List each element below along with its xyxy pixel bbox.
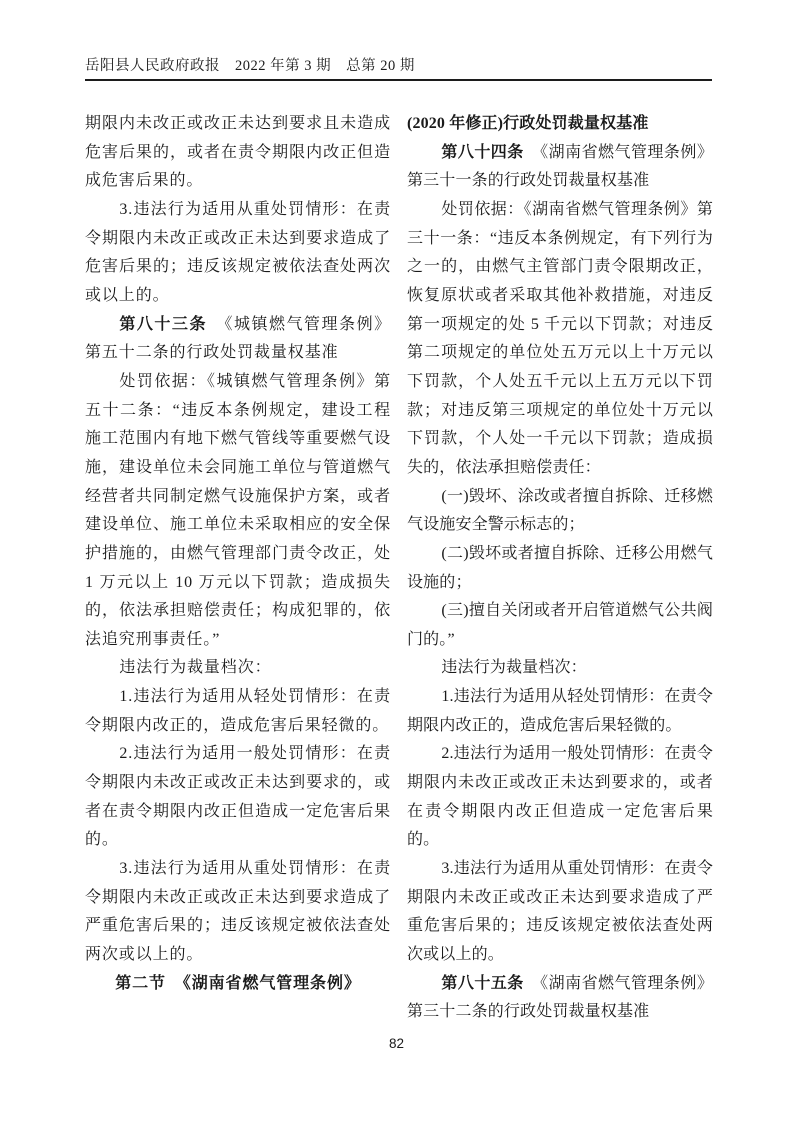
body-paragraph: 处罚依据：《湖南省燃气管理条例》第三十一条：“违反本条例规定，有下列行为之一的，… bbox=[407, 196, 713, 483]
body-paragraph: 2.违法行为适用一般处罚情形：在责令期限内未改正或改正未达到要求的，或者在责令期… bbox=[85, 740, 391, 855]
page-number: 82 bbox=[0, 1036, 793, 1051]
body-paragraph: 违法行为裁量档次： bbox=[85, 654, 391, 683]
gazette-page: 岳阳县人民政府政报2022 年第 3 期总第 20 期 期限内未改正或改正未达到… bbox=[0, 0, 793, 1122]
gazette-volume: 总第 20 期 bbox=[346, 58, 415, 74]
body-paragraph: 期限内未改正或改正未达到要求且未造成危害后果的，或者在责令期限内改正但造成危害后… bbox=[85, 110, 391, 196]
article-paragraph: 第八十五条 《湖南省燃气管理条例》第三十二条的行政处罚裁量权基准 bbox=[407, 970, 713, 1027]
section-heading-continuation: (2020 年修正)行政处罚裁量权基准 bbox=[407, 110, 713, 139]
body-paragraph: 3.违法行为适用从重处罚情形：在责令期限内未改正或改正未达到要求造成了危害后果的… bbox=[85, 196, 391, 311]
body-paragraph: 3.违法行为适用从重处罚情形：在责令期限内未改正或改正未达到要求造成了严重危害后… bbox=[85, 855, 391, 970]
body-paragraph: (二)毁坏或者擅自拆除、迁移公用燃气设施的； bbox=[407, 540, 713, 597]
column-left: 期限内未改正或改正未达到要求且未造成危害后果的，或者在责令期限内改正但造成危害后… bbox=[85, 110, 391, 1027]
column-right: (2020 年修正)行政处罚裁量权基准第八十四条 《湖南省燃气管理条例》第三十一… bbox=[407, 110, 713, 1027]
page-header: 岳阳县人民政府政报2022 年第 3 期总第 20 期 bbox=[85, 54, 712, 81]
article-paragraph: 第八十三条 《城镇燃气管理条例》第五十二条的行政处罚裁量权基准 bbox=[85, 311, 391, 368]
section-heading: 第二节 《湖南省燃气管理条例》 bbox=[85, 970, 391, 999]
article-number: 第八十三条 bbox=[119, 316, 207, 333]
body-paragraph: (一)毁坏、涂改或者擅自拆除、迁移燃气设施安全警示标志的； bbox=[407, 483, 713, 540]
body-paragraph: (三)擅自关闭或者开启管道燃气公共阀门的。” bbox=[407, 597, 713, 654]
article-number: 第八十四条 bbox=[441, 144, 523, 161]
body-paragraph: 1.违法行为适用从轻处罚情形：在责令期限内改正的，造成危害后果轻微的。 bbox=[407, 683, 713, 740]
article-paragraph: 第八十四条 《湖南省燃气管理条例》第三十一条的行政处罚裁量权基准 bbox=[407, 139, 713, 196]
article-number: 第二节 bbox=[115, 975, 166, 992]
body-paragraph: 3.违法行为适用从重处罚情形：在责令期限内未改正或改正未达到要求造成了严重危害后… bbox=[407, 855, 713, 970]
body-paragraph: 处罚依据：《城镇燃气管理条例》第五十二条：“违反本条例规定，建设工程施工范围内有… bbox=[85, 368, 391, 655]
body-paragraph: 违法行为裁量档次： bbox=[407, 654, 713, 683]
article-number: 第八十五条 bbox=[441, 975, 523, 992]
gazette-issue: 2022 年第 3 期 bbox=[235, 58, 331, 74]
body-paragraph: 1.违法行为适用从轻处罚情形：在责令期限内改正的，造成危害后果轻微的。 bbox=[85, 683, 391, 740]
page-body: 期限内未改正或改正未达到要求且未造成危害后果的，或者在责令期限内改正但造成危害后… bbox=[85, 110, 713, 1027]
body-paragraph: 2.违法行为适用一般处罚情形：在责令期限内未改正或改正未达到要求的，或者在责令期… bbox=[407, 740, 713, 855]
gazette-title: 岳阳县人民政府政报 bbox=[85, 58, 220, 74]
